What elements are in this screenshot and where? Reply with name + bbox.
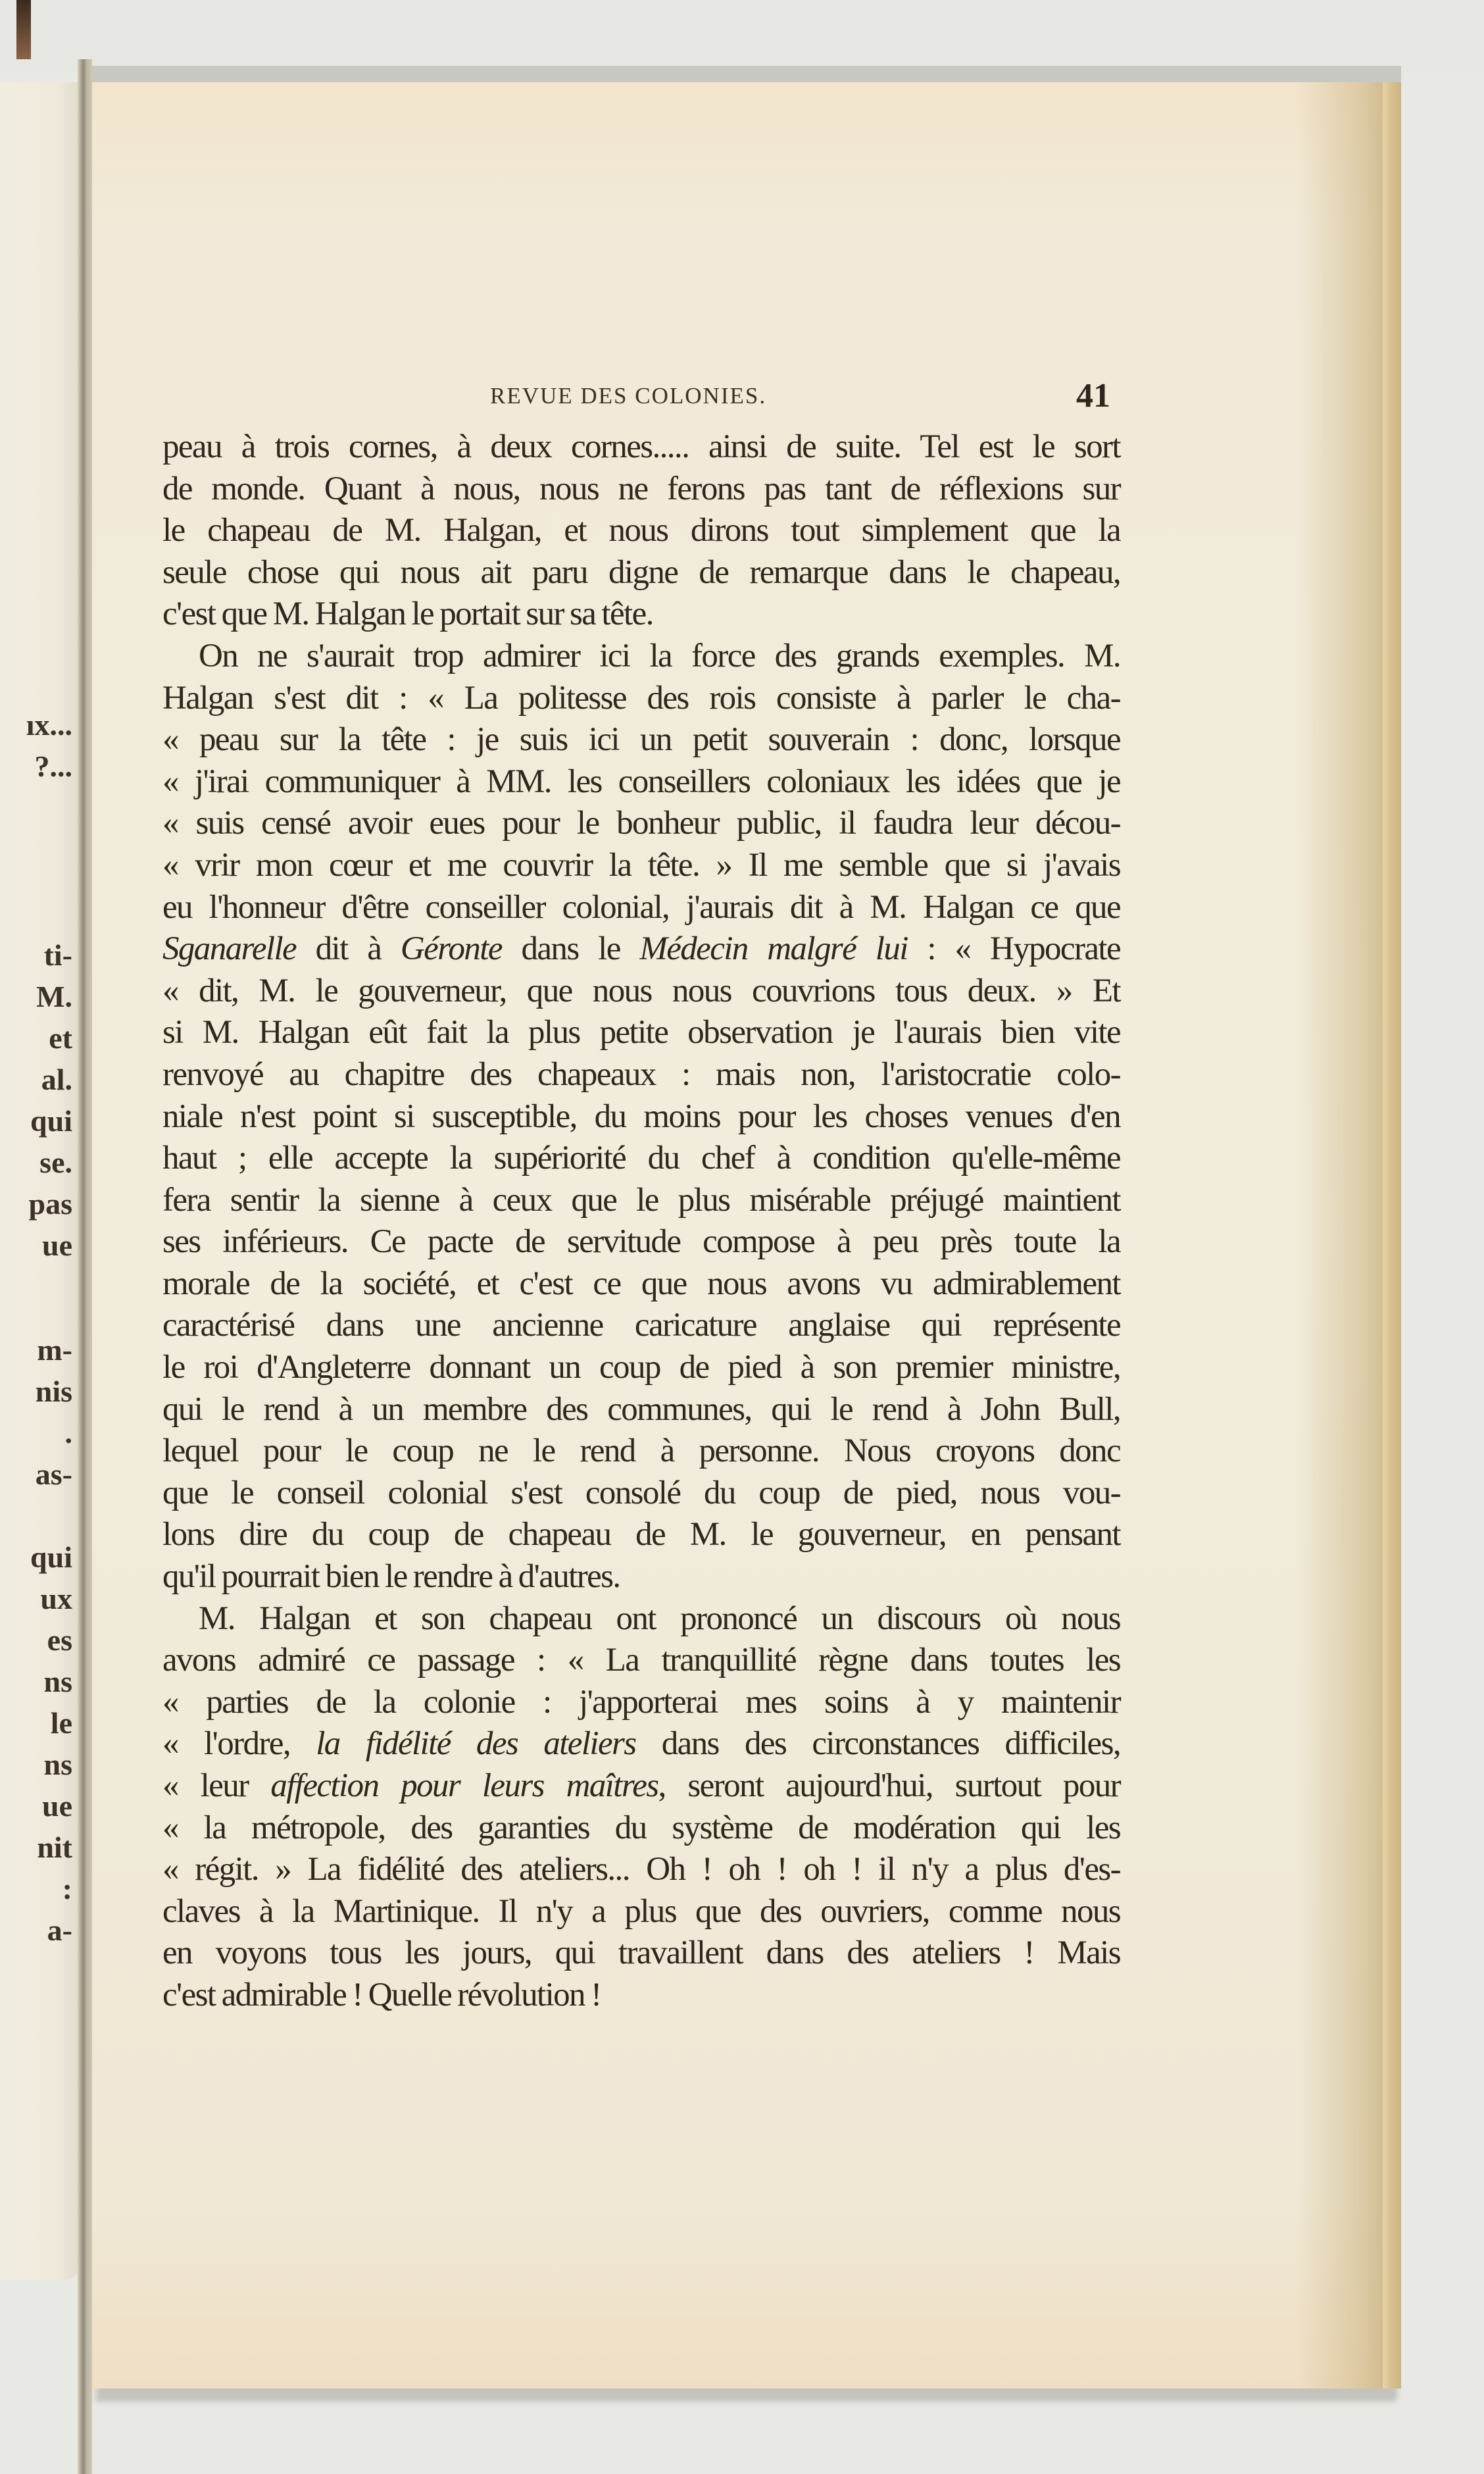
text-line: seule chose qui nous ait paru digne de r… xyxy=(162,552,1120,594)
left-page-fragment: ?... xyxy=(0,745,72,788)
left-page-fragment: pas xyxy=(0,1183,72,1225)
left-page-fragment: et xyxy=(0,1017,72,1059)
left-page-fragment: qui xyxy=(0,1100,72,1142)
text-line: c'est que M. Halgan le portait sur sa tê… xyxy=(162,593,1120,636)
left-page-fragment: ue xyxy=(0,1224,72,1267)
text-line: Halgan s'est dit : « La politesse des ro… xyxy=(162,678,1120,720)
text-line: « régit. » La fidélité des ateliers... O… xyxy=(162,1849,1120,1891)
text-line: « leur affection pour leurs maîtres, ser… xyxy=(162,1765,1120,1807)
italic-text: Médecin malgré lui xyxy=(639,930,907,967)
text-line: haut ; elle accepte la supériorité du ch… xyxy=(162,1138,1120,1180)
text-line: le chapeau de M. Halgan, et nous dirons … xyxy=(162,510,1120,552)
text-line: M. Halgan et son chapeau ont prononcé un… xyxy=(162,1598,1120,1640)
text-line: On ne s'aurait trop admirer ici la force… xyxy=(162,636,1120,678)
text-line: lequel pour le coup ne le rend à personn… xyxy=(162,1430,1120,1473)
text-run: dans le xyxy=(502,930,639,967)
text-line: avons admiré ce passage : « La tranquill… xyxy=(162,1640,1120,1682)
left-page-fragment: : xyxy=(0,1868,72,1910)
text-line: fera sentir la sienne à ceux que le plus… xyxy=(162,1180,1120,1222)
text-line: eu l'honneur d'être conseiller colonial,… xyxy=(162,887,1120,929)
text-run: dit à xyxy=(296,930,401,967)
italic-text: la fidélité des ateliers xyxy=(316,1725,635,1762)
italic-text: affection pour leurs maîtres xyxy=(270,1767,658,1804)
left-page-fragment: ue xyxy=(0,1785,72,1827)
left-page-fragment: nis xyxy=(0,1371,72,1413)
text-line: caractérisé dans une ancienne caricature… xyxy=(162,1305,1120,1347)
text-line: « j'irai communiquer à MM. les conseille… xyxy=(162,761,1120,803)
bookmark-ribbon xyxy=(16,0,31,59)
text-line: « peau sur la tête : je suis ici un peti… xyxy=(162,719,1120,761)
left-page-fragment: ıx... xyxy=(0,704,72,746)
italic-text: Sganarelle xyxy=(162,930,296,967)
left-page-fragment: se. xyxy=(0,1142,72,1184)
text-line: « suis censé avoir eues pour le bonheur … xyxy=(162,803,1120,845)
body-text: peau à trois cornes, à deux cornes..... … xyxy=(162,426,1120,2017)
left-page-fragment: le xyxy=(0,1702,72,1744)
text-line: « vrir mon cœur et me couvrir la tête. »… xyxy=(162,845,1120,887)
text-line: en voyons tous les jours, qui travaillen… xyxy=(162,1932,1120,1975)
text-line: « parties de la colonie : j'apporterai m… xyxy=(162,1682,1120,1724)
running-head: REVUE DES COLONIES. xyxy=(490,383,766,409)
text-line: c'est admirable ! Quelle révolution ! xyxy=(162,1975,1120,2017)
book-gutter xyxy=(78,59,92,2474)
text-line: Sganarelle dit à Géronte dans le Médecin… xyxy=(162,928,1120,971)
page-number: 41 xyxy=(1076,376,1110,415)
text-line: morale de la société, et c'est ce que no… xyxy=(162,1263,1120,1305)
text-line: niale n'est point si susceptible, du moi… xyxy=(162,1096,1120,1138)
text-run: , seront aujourd'hui, surtout pour xyxy=(658,1767,1120,1804)
left-page-fragment: ns xyxy=(0,1744,72,1786)
text-line: qui le rend à un membre des communes, qu… xyxy=(162,1389,1120,1431)
left-page-fragment: ti- xyxy=(0,934,72,976)
text-line: claves à la Martinique. Il n'y a plus qu… xyxy=(162,1891,1120,1933)
text-line: de monde. Quant à nous, nous ne ferons p… xyxy=(162,468,1120,511)
left-page-fragment: al. xyxy=(0,1059,72,1101)
left-page-fragment: as- xyxy=(0,1453,72,1496)
text-line: ses inférieurs. Ce pacte de servitude co… xyxy=(162,1221,1120,1263)
left-page-fragment: m- xyxy=(0,1329,72,1371)
page-top-shadow xyxy=(86,66,1401,83)
text-line: « dit, M. le gouverneur, que nous nous c… xyxy=(162,971,1120,1013)
left-page-fragment: ux xyxy=(0,1578,72,1620)
text-run: « l'ordre, xyxy=(162,1725,316,1762)
page-fore-edge xyxy=(1383,82,1401,2388)
text-run: « leur xyxy=(162,1767,270,1804)
left-page-fragment: nit xyxy=(0,1827,72,1869)
text-line: peau à trois cornes, à deux cornes..... … xyxy=(162,426,1120,468)
left-page-fragment: . xyxy=(0,1412,72,1454)
text-line: renvoyé au chapitre des chapeaux : mais … xyxy=(162,1054,1120,1096)
scan-background-top xyxy=(0,0,1484,72)
text-line: « l'ordre, la fidélité des ateliers dans… xyxy=(162,1723,1120,1765)
left-page-fragment: a- xyxy=(0,1909,72,1952)
left-page-fragment: es xyxy=(0,1619,72,1661)
left-page-fragment: qui xyxy=(0,1536,72,1578)
text-run: dans des circonstances difficiles, xyxy=(636,1725,1120,1762)
left-page-fragment: M. xyxy=(0,976,72,1018)
text-line: « la métropole, des garanties du système… xyxy=(162,1807,1120,1850)
text-line: qu'il pourrait bien le rendre à d'autres… xyxy=(162,1556,1120,1598)
italic-text: Géronte xyxy=(401,930,502,967)
left-page-fragment: ns xyxy=(0,1661,72,1703)
text-line: si M. Halgan eût fait la plus petite obs… xyxy=(162,1012,1120,1054)
text-line: lons dire du coup de chapeau de M. le go… xyxy=(162,1514,1120,1556)
text-line: le roi d'Angleterre donnant un coup de p… xyxy=(162,1347,1120,1389)
text-line: que le conseil colonial s'est consolé du… xyxy=(162,1473,1120,1515)
text-run: : « Hypocrate xyxy=(908,930,1120,967)
